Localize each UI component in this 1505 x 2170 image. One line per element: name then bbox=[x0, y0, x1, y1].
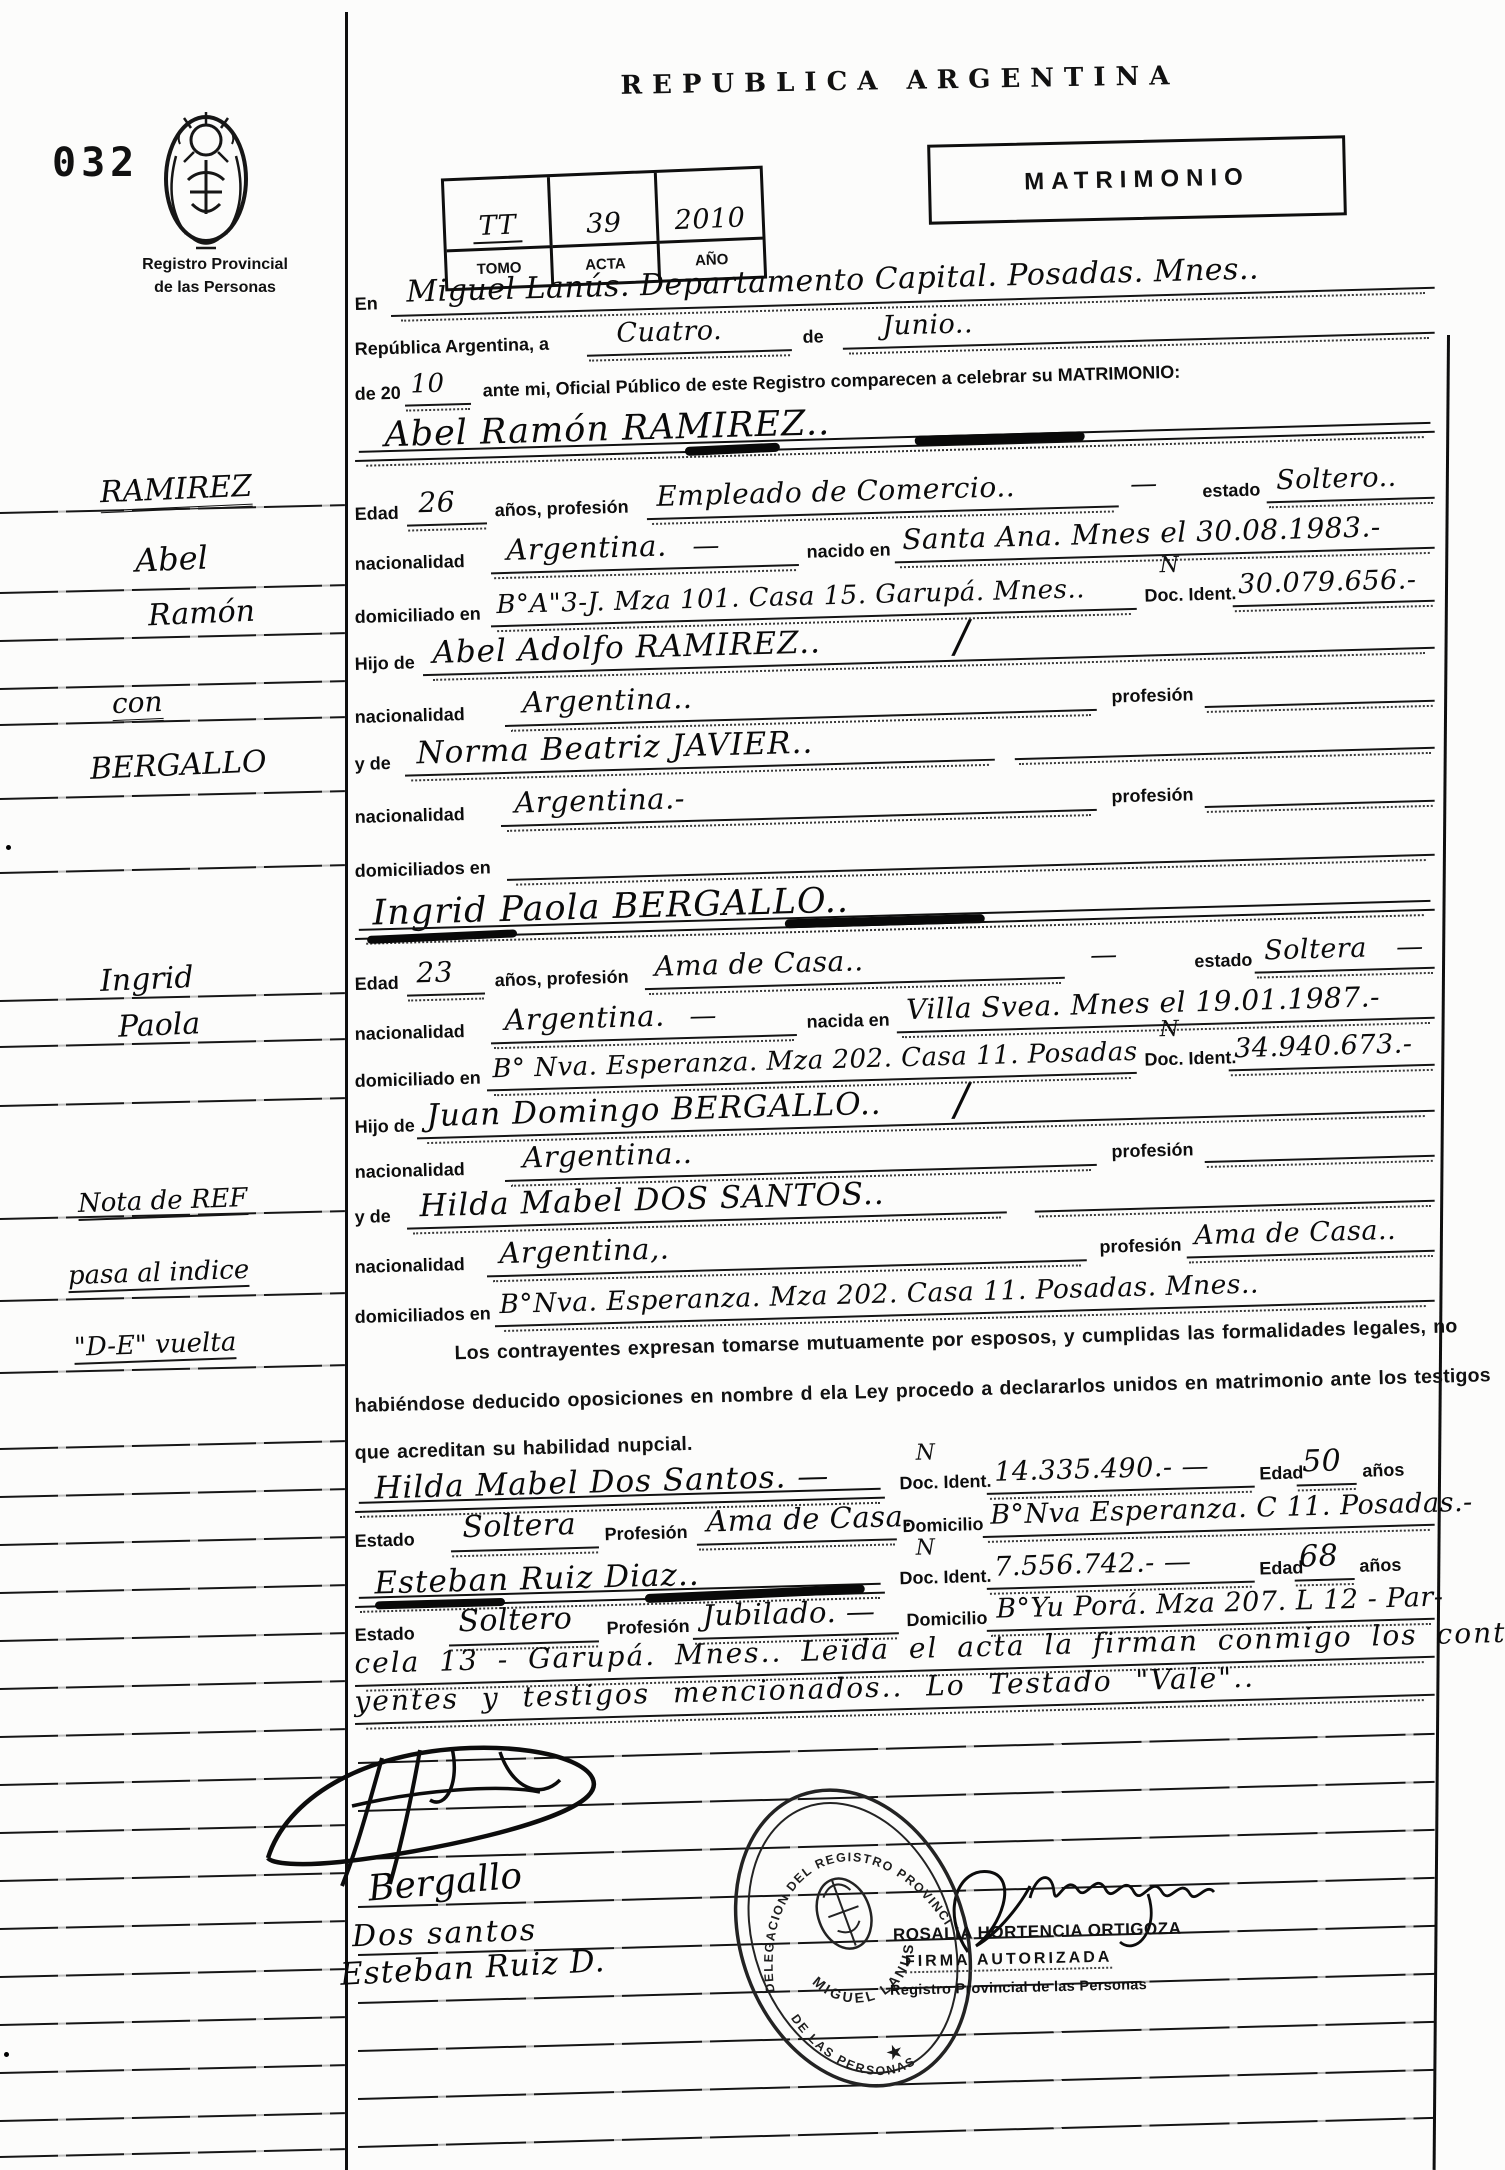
estado-label: estado bbox=[1202, 480, 1261, 503]
bride-age-value: 23 bbox=[416, 955, 454, 989]
bride-father-nat-value: Argentina.. bbox=[522, 1136, 693, 1175]
y-de-label: y de bbox=[354, 753, 391, 775]
dash-mark: — bbox=[1130, 468, 1158, 500]
matrimonio-label: MATRIMONIO bbox=[1024, 163, 1250, 196]
folio-number: 032 bbox=[52, 140, 139, 186]
witness1-age-value: 50 bbox=[1302, 1443, 1342, 1479]
superscript-n: N bbox=[915, 1535, 935, 1561]
bride-estado-value: Soltera bbox=[1264, 933, 1368, 967]
nacida-en-label: nacida en bbox=[806, 1010, 890, 1033]
margin-note-line3: "D-E" vuelta bbox=[73, 1327, 236, 1365]
margin-bride-middle: Paola bbox=[117, 1006, 201, 1045]
coat-of-arms-icon bbox=[146, 96, 266, 262]
registry-office-name: Registro Provincial de las Personas bbox=[95, 253, 335, 299]
org-line1: Registro Provincial bbox=[95, 253, 335, 276]
groom-father-nat-value: Argentina.. bbox=[522, 681, 693, 720]
acta-value: 39 bbox=[586, 207, 623, 239]
table-values-row: TT 39 2010 bbox=[444, 169, 762, 250]
margin-note-line2: pasa al indice bbox=[67, 1255, 249, 1293]
doc-ident-label: Doc. Ident. bbox=[1144, 1047, 1237, 1070]
de20-label: de 20 bbox=[354, 383, 401, 405]
nacionalidad-label: nacionalidad bbox=[354, 704, 465, 728]
superscript-n: N bbox=[1159, 553, 1179, 579]
edad-label: Edad bbox=[354, 973, 399, 995]
dash-mark: — bbox=[689, 1000, 717, 1032]
ano-value: 2010 bbox=[674, 202, 746, 236]
bride-mother-prof-value: Ama de Casa.. bbox=[1194, 1215, 1397, 1251]
nacionalidad-label: nacionalidad bbox=[354, 804, 465, 828]
stamp-star: ★ bbox=[883, 2039, 907, 2066]
margin-divider-line bbox=[345, 12, 348, 2170]
official-registry-line: Registro Provincial de las Personas bbox=[890, 1977, 1147, 1999]
slash-mark: / bbox=[954, 611, 971, 662]
nacionalidad-label: nacionalidad bbox=[354, 1021, 465, 1045]
dash-mark: — bbox=[692, 530, 720, 562]
stray-ink-dot bbox=[6, 845, 11, 850]
margin-groom-middle: Ramón bbox=[147, 594, 255, 634]
official-name: ROSALIA HORTENCIA ORTIGOZA bbox=[893, 1919, 1182, 1946]
margin-surname-bride: BERGALLO bbox=[89, 744, 267, 787]
domiciliado-en-label: domiciliado en bbox=[354, 604, 481, 628]
groom-profession-value: Empleado de Comercio.. bbox=[656, 470, 1016, 513]
stamp-center-text: MIGUEL LANUS bbox=[806, 1936, 931, 2022]
groom-estado-value: Soltero.. bbox=[1276, 462, 1397, 496]
y-de-label: y de bbox=[354, 1206, 391, 1228]
bride-doc-value: 34.940.673.- bbox=[1234, 1028, 1413, 1064]
profesion-label: profesión bbox=[1099, 1235, 1182, 1258]
slash-mark: / bbox=[954, 1074, 971, 1125]
witness1-profession-value: Ama de Casa. bbox=[706, 1499, 914, 1539]
nacionalidad-label: nacionalidad bbox=[354, 1254, 465, 1278]
stray-ink-dot-2 bbox=[4, 2052, 9, 2057]
groom-mother-nat-value: Argentina.- bbox=[514, 781, 685, 820]
year-value: 10 bbox=[410, 369, 445, 400]
anios-profesion-label: años, profesión bbox=[494, 497, 629, 522]
margin-bride-first: Ingrid bbox=[99, 960, 194, 999]
hijo-de-label: Hijo de bbox=[354, 652, 415, 675]
domicilio-label: Domicilio bbox=[902, 1514, 984, 1537]
edad-label: Edad bbox=[354, 503, 399, 525]
tomo-value: TT bbox=[472, 209, 523, 244]
groom-age-value: 26 bbox=[418, 485, 456, 519]
anios-profesion-label: años, profesión bbox=[494, 967, 629, 992]
profesion-label: profesión bbox=[1111, 684, 1194, 707]
margin-con: con bbox=[111, 685, 163, 723]
nacionalidad-label: nacionalidad bbox=[354, 551, 465, 575]
day-value: Cuatro. bbox=[616, 315, 723, 349]
witness1-doc-value: 14.335.490.- — bbox=[994, 1451, 1210, 1488]
nacido-en-label: nacido en bbox=[806, 540, 891, 563]
bride-nationality-value: Argentina. bbox=[504, 999, 665, 1037]
witness2-age-value: 68 bbox=[1299, 1538, 1339, 1574]
estado-label: estado bbox=[1194, 950, 1253, 973]
de-label: de bbox=[802, 326, 824, 348]
official-firma-autorizada: FIRMA AUTORIZADA bbox=[905, 1949, 1113, 1974]
profesion-label: profesión bbox=[1111, 784, 1194, 807]
profesion-label: Profesión bbox=[604, 1522, 688, 1545]
marriage-certificate-page: 032 Registro Provincial de las Personas … bbox=[0, 0, 1505, 2170]
bride-profession-value: Ama de Casa.. bbox=[654, 944, 864, 983]
witness1-estado-value: Soltera bbox=[462, 1507, 577, 1545]
doc-ident-label: Doc. Ident. bbox=[1144, 583, 1237, 606]
en-label: En bbox=[354, 293, 378, 315]
groom-doc-value: 30.079.656.- bbox=[1238, 564, 1417, 600]
matrimonio-box: MATRIMONIO bbox=[927, 135, 1347, 224]
month-value: Junio.. bbox=[882, 308, 973, 341]
right-border-line bbox=[1433, 335, 1450, 2170]
bride-mother-nat-value: Argentina,. bbox=[499, 1231, 670, 1270]
dash-mark: — bbox=[1396, 931, 1424, 963]
margin-groom-first: Abel bbox=[134, 538, 208, 579]
page-title: REPUBLICA ARGENTINA bbox=[590, 61, 1210, 102]
org-line2: de las Personas bbox=[95, 276, 335, 299]
superscript-n: N bbox=[1159, 1017, 1179, 1043]
dash-mark: — bbox=[1090, 939, 1118, 971]
superscript-n: N bbox=[915, 1440, 935, 1466]
estado-label: Estado bbox=[354, 1529, 415, 1552]
groom-nationality-value: Argentina. bbox=[506, 529, 667, 567]
